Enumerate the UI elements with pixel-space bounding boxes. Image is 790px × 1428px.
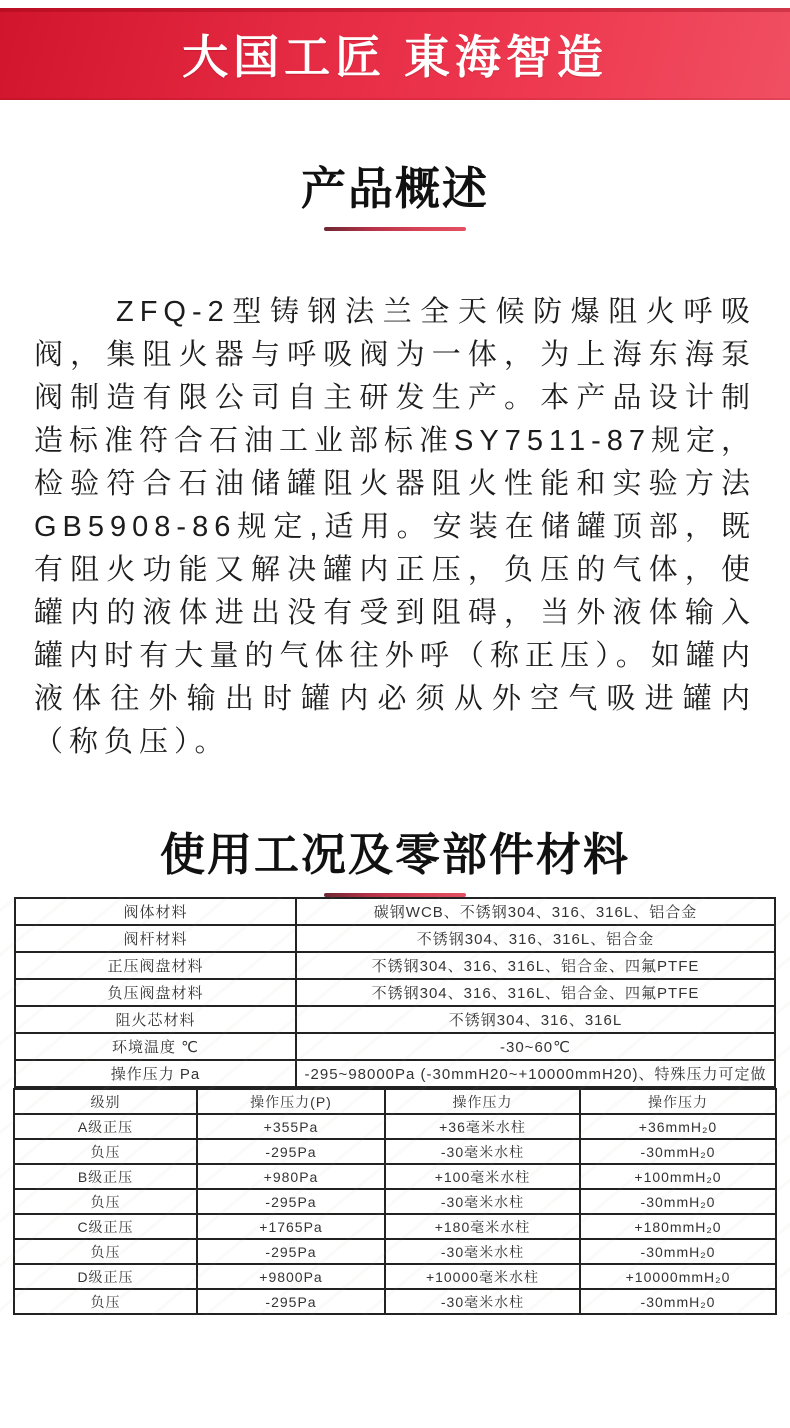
pressure-mm-cell: -30毫米水柱 bbox=[385, 1139, 580, 1164]
usage-section-title: 使用工况及零部件材料 bbox=[0, 830, 790, 880]
material-label: 环境温度 ℃ bbox=[15, 1033, 296, 1060]
column-header: 级别 bbox=[14, 1089, 197, 1114]
material-label: 阀杆材料 bbox=[15, 925, 296, 952]
material-label: 操作压力 Pa bbox=[15, 1060, 296, 1087]
overview-paragraph: ZFQ-2型铸钢法兰全天候防爆阻火呼吸阀，集阻火器与呼吸阀为一体，为上海东海泵阀… bbox=[34, 291, 756, 764]
grade-cell: A级正压 bbox=[14, 1114, 197, 1139]
pressure-mmh2o-cell: -30mmH₂0 bbox=[580, 1239, 776, 1264]
pressure-pa-cell: -295Pa bbox=[197, 1239, 385, 1264]
table-row: 阀体材料 碳钢WCB、不锈钢304、316、316L、铝合金 bbox=[15, 898, 775, 925]
table-row: 负压 -295Pa -30毫米水柱 -30mmH₂0 bbox=[14, 1289, 776, 1314]
pressure-mm-cell: +10000毫米水柱 bbox=[385, 1264, 580, 1289]
materials-table: 阀体材料 碳钢WCB、不锈钢304、316、316L、铝合金 阀杆材料 不锈钢3… bbox=[14, 897, 776, 1088]
material-value: -30~60℃ bbox=[296, 1033, 775, 1060]
pressure-mm-cell: +180毫米水柱 bbox=[385, 1214, 580, 1239]
grade-cell: D级正压 bbox=[14, 1264, 197, 1289]
pressure-mm-cell: -30毫米水柱 bbox=[385, 1289, 580, 1314]
material-value: 不锈钢304、316、316L、铝合金、四氟PTFE bbox=[296, 952, 775, 979]
material-label: 正压阀盘材料 bbox=[15, 952, 296, 979]
table-row: 负压 -295Pa -30毫米水柱 -30mmH₂0 bbox=[14, 1189, 776, 1214]
pressure-mmh2o-cell: -30mmH₂0 bbox=[580, 1289, 776, 1314]
tables-area: 阀体材料 碳钢WCB、不锈钢304、316、316L、铝合金 阀杆材料 不锈钢3… bbox=[0, 897, 790, 1315]
grade-cell: C级正压 bbox=[14, 1214, 197, 1239]
table-row: B级正压 +980Pa +100毫米水柱 +100mmH₂0 bbox=[14, 1164, 776, 1189]
pressure-mm-cell: -30毫米水柱 bbox=[385, 1239, 580, 1264]
material-value: 不锈钢304、316、316L、铝合金、四氟PTFE bbox=[296, 979, 775, 1006]
material-label: 阀体材料 bbox=[15, 898, 296, 925]
material-value: -295~98000Pa (-30mmH20~+10000mmH20)、特殊压力… bbox=[296, 1060, 775, 1087]
material-label: 负压阀盘材料 bbox=[15, 979, 296, 1006]
table-row: D级正压 +9800Pa +10000毫米水柱 +10000mmH₂0 bbox=[14, 1264, 776, 1289]
pressure-mmh2o-cell: +36mmH₂0 bbox=[580, 1114, 776, 1139]
grade-cell: B级正压 bbox=[14, 1164, 197, 1189]
pressure-mm-cell: +100毫米水柱 bbox=[385, 1164, 580, 1189]
table-header-row: 级别 操作压力(P) 操作压力 操作压力 bbox=[14, 1089, 776, 1114]
table-row: 阀杆材料 不锈钢304、316、316L、铝合金 bbox=[15, 925, 775, 952]
pressure-pa-cell: -295Pa bbox=[197, 1189, 385, 1214]
material-value: 不锈钢304、316、316L、铝合金 bbox=[296, 925, 775, 952]
pressure-mm-cell: +36毫米水柱 bbox=[385, 1114, 580, 1139]
pressure-mmh2o-cell: +100mmH₂0 bbox=[580, 1164, 776, 1189]
table-row: 正压阀盘材料 不锈钢304、316、316L、铝合金、四氟PTFE bbox=[15, 952, 775, 979]
table-row: 阻火芯材料 不锈钢304、316、316L bbox=[15, 1006, 775, 1033]
grade-cell: 负压 bbox=[14, 1289, 197, 1314]
column-header: 操作压力 bbox=[580, 1089, 776, 1114]
grade-cell: 负压 bbox=[14, 1189, 197, 1214]
pressure-pa-cell: +9800Pa bbox=[197, 1264, 385, 1289]
pressure-mmh2o-cell: -30mmH₂0 bbox=[580, 1139, 776, 1164]
banner-title: 大国工匠 東海智造 bbox=[182, 21, 608, 87]
overview-section-title: 产品概述 bbox=[0, 164, 790, 214]
table-row: 操作压力 Pa -295~98000Pa (-30mmH20~+10000mmH… bbox=[15, 1060, 775, 1087]
pressure-table: 级别 操作压力(P) 操作压力 操作压力 A级正压 +355Pa +36毫米水柱… bbox=[13, 1088, 777, 1315]
pressure-pa-cell: -295Pa bbox=[197, 1139, 385, 1164]
title-underline bbox=[324, 227, 466, 231]
pressure-pa-cell: +1765Pa bbox=[197, 1214, 385, 1239]
pressure-mmh2o-cell: -30mmH₂0 bbox=[580, 1189, 776, 1214]
table-row: C级正压 +1765Pa +180毫米水柱 +180mmH₂0 bbox=[14, 1214, 776, 1239]
pressure-mmh2o-cell: +180mmH₂0 bbox=[580, 1214, 776, 1239]
material-value: 不锈钢304、316、316L bbox=[296, 1006, 775, 1033]
table-row: 负压 -295Pa -30毫米水柱 -30mmH₂0 bbox=[14, 1239, 776, 1264]
pressure-pa-cell: -295Pa bbox=[197, 1289, 385, 1314]
material-label: 阻火芯材料 bbox=[15, 1006, 296, 1033]
pressure-mm-cell: -30毫米水柱 bbox=[385, 1189, 580, 1214]
table-row: 负压阀盘材料 不锈钢304、316、316L、铝合金、四氟PTFE bbox=[15, 979, 775, 1006]
grade-cell: 负压 bbox=[14, 1139, 197, 1164]
column-header: 操作压力(P) bbox=[197, 1089, 385, 1114]
column-header: 操作压力 bbox=[385, 1089, 580, 1114]
table-row: A级正压 +355Pa +36毫米水柱 +36mmH₂0 bbox=[14, 1114, 776, 1139]
material-value: 碳钢WCB、不锈钢304、316、316L、铝合金 bbox=[296, 898, 775, 925]
pressure-pa-cell: +980Pa bbox=[197, 1164, 385, 1189]
pressure-pa-cell: +355Pa bbox=[197, 1114, 385, 1139]
table-row: 负压 -295Pa -30毫米水柱 -30mmH₂0 bbox=[14, 1139, 776, 1164]
header-banner: 大国工匠 東海智造 bbox=[0, 8, 790, 100]
pressure-mmh2o-cell: +10000mmH₂0 bbox=[580, 1264, 776, 1289]
grade-cell: 负压 bbox=[14, 1239, 197, 1264]
table-row: 环境温度 ℃ -30~60℃ bbox=[15, 1033, 775, 1060]
